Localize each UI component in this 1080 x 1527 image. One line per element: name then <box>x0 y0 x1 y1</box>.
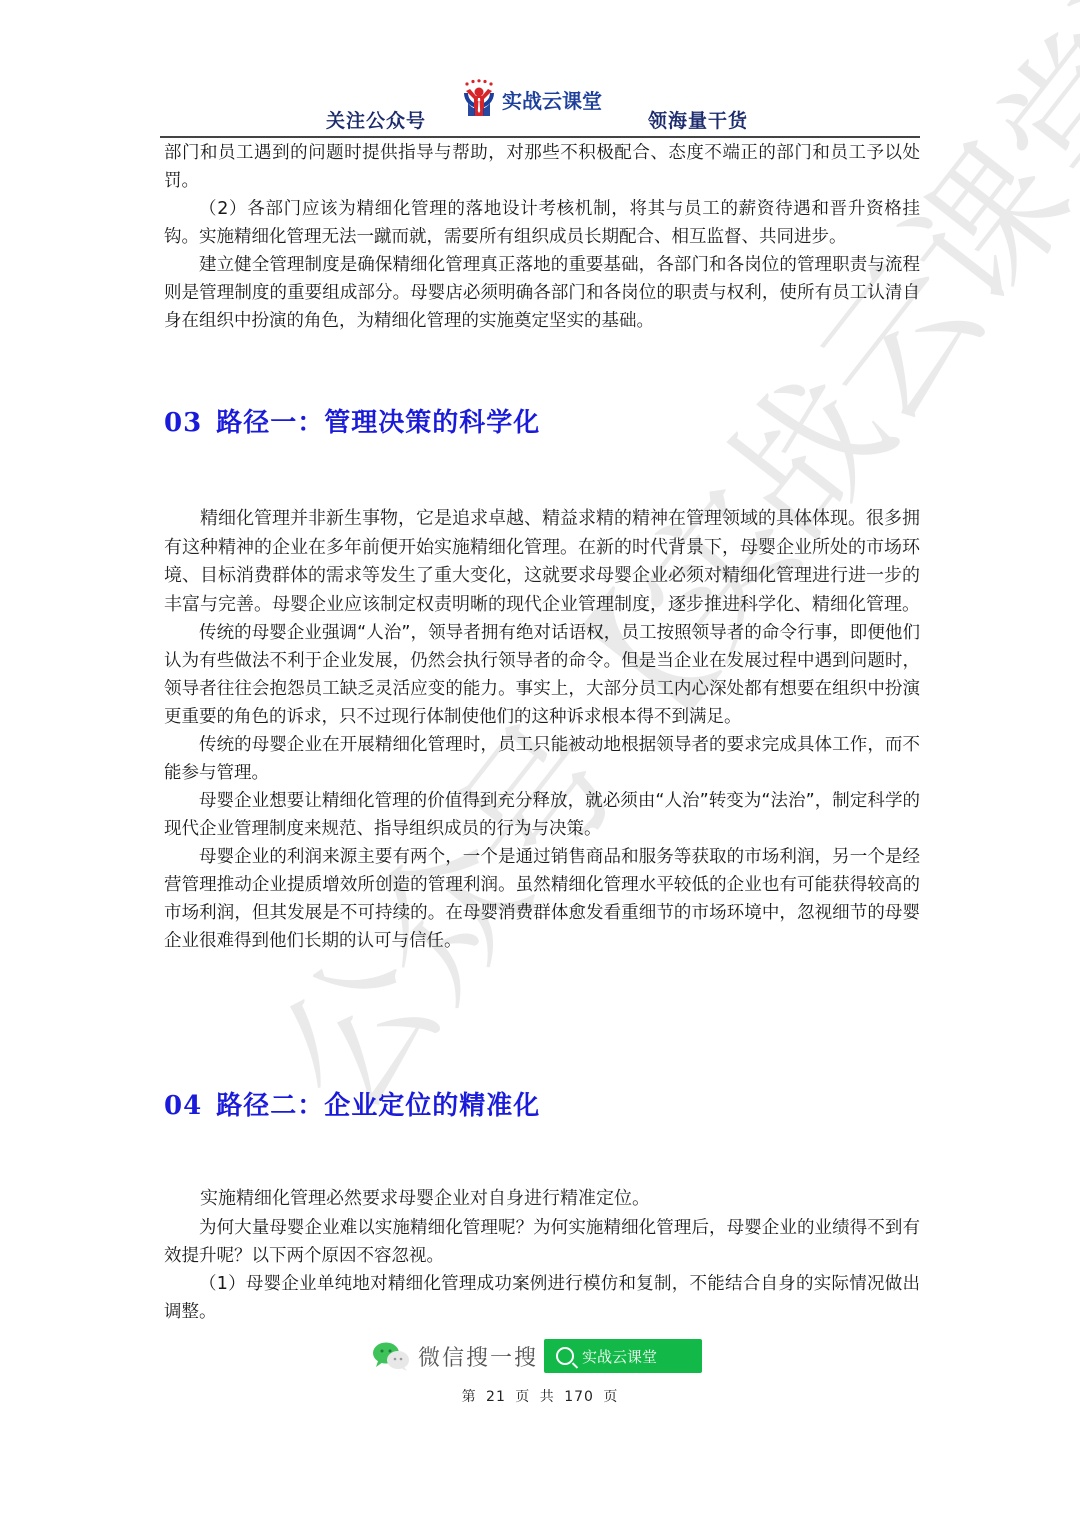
search-query: 实战云课堂 <box>582 1346 657 1367</box>
wechat-icon <box>372 1341 410 1371</box>
page-header: 关注公众号 实战云课堂 领海量干货 <box>160 78 920 136</box>
section-title-text: 路径二：企业定位的精准化 <box>216 1091 540 1121</box>
paragraph: （2）各部门应该为精细化管理的落地设计考核机制，将其与员工的薪资待遇和晋升资格挂… <box>164 195 920 251</box>
brand-name: 实战云课堂 <box>502 85 602 114</box>
previous-section-continued: 部门和员工遇到的问题时提供指导与帮助，对那些不积极配合、态度不端正的部门和员工予… <box>164 139 920 335</box>
page-number: 第 21 页 共 170 页 <box>0 1386 1080 1406</box>
section-04-heading: 04路径二：企业定位的精准化 <box>164 1085 920 1122</box>
paragraph: 部门和员工遇到的问题时提供指导与帮助，对那些不积极配合、态度不端正的部门和员工予… <box>164 139 920 195</box>
brand-logo: 实战云课堂 <box>460 78 602 120</box>
section-04-body: 实施精细化管理必然要求母婴企业对自身进行精准定位。 为何大量母婴企业难以实施精细… <box>164 1185 920 1326</box>
search-icon <box>556 1347 574 1365</box>
paragraph: 传统的母婴企业在开展精细化管理时，员工只能被动地根据领导者的要求完成具体工作，而… <box>164 731 920 787</box>
section-title-text: 路径一：管理决策的科学化 <box>216 408 540 438</box>
paragraph: 传统的母婴企业强调“人治”，领导者拥有绝对话语权，员工按照领导者的命令行事，即便… <box>164 619 920 731</box>
paragraph: 实施精细化管理必然要求母婴企业对自身进行精准定位。 <box>164 1185 920 1214</box>
section-title: 03路径一：管理决策的科学化 <box>164 402 920 439</box>
paragraph: 母婴企业的利润来源主要有两个，一个是通过销售商品和服务等获取的市场利润，另一个是… <box>164 843 920 955</box>
brand-logo-icon <box>460 79 498 119</box>
paragraph: 母婴企业想要让精细化管理的价值得到充分释放，就必须由“人治”转变为“法治”，制定… <box>164 787 920 843</box>
section-03-heading: 03路径一：管理决策的科学化 <box>164 402 920 439</box>
section-number: 04 <box>164 1091 202 1121</box>
wechat-search-banner[interactable]: 微信搜一搜 实战云课堂 <box>372 1338 702 1374</box>
paragraph: 精细化管理并非新生事物，它是追求卓越、精益求精的精神在管理领域的具体体现。很多拥… <box>164 505 920 619</box>
section-03-body: 精细化管理并非新生事物，它是追求卓越、精益求精的精神在管理领域的具体体现。很多拥… <box>164 505 920 955</box>
section-title: 04路径二：企业定位的精准化 <box>164 1085 920 1122</box>
search-prompt: 微信搜一搜 <box>418 1341 538 1372</box>
section-number: 03 <box>164 408 202 438</box>
search-box[interactable]: 实战云课堂 <box>544 1339 702 1373</box>
paragraph: 建立健全管理制度是确保精细化管理真正落地的重要基础，各部门和各岗位的管理职责与流… <box>164 251 920 335</box>
paragraph: （1）母婴企业单纯地对精细化管理成功案例进行模仿和复制，不能结合自身的实际情况做… <box>164 1270 920 1326</box>
header-right-slogan: 领海量干货 <box>648 106 748 133</box>
paragraph: 为何大量母婴企业难以实施精细化管理呢？为何实施精细化管理后，母婴企业的业绩得不到… <box>164 1214 920 1270</box>
header-left-slogan: 关注公众号 <box>326 106 426 133</box>
header-divider <box>160 136 920 138</box>
